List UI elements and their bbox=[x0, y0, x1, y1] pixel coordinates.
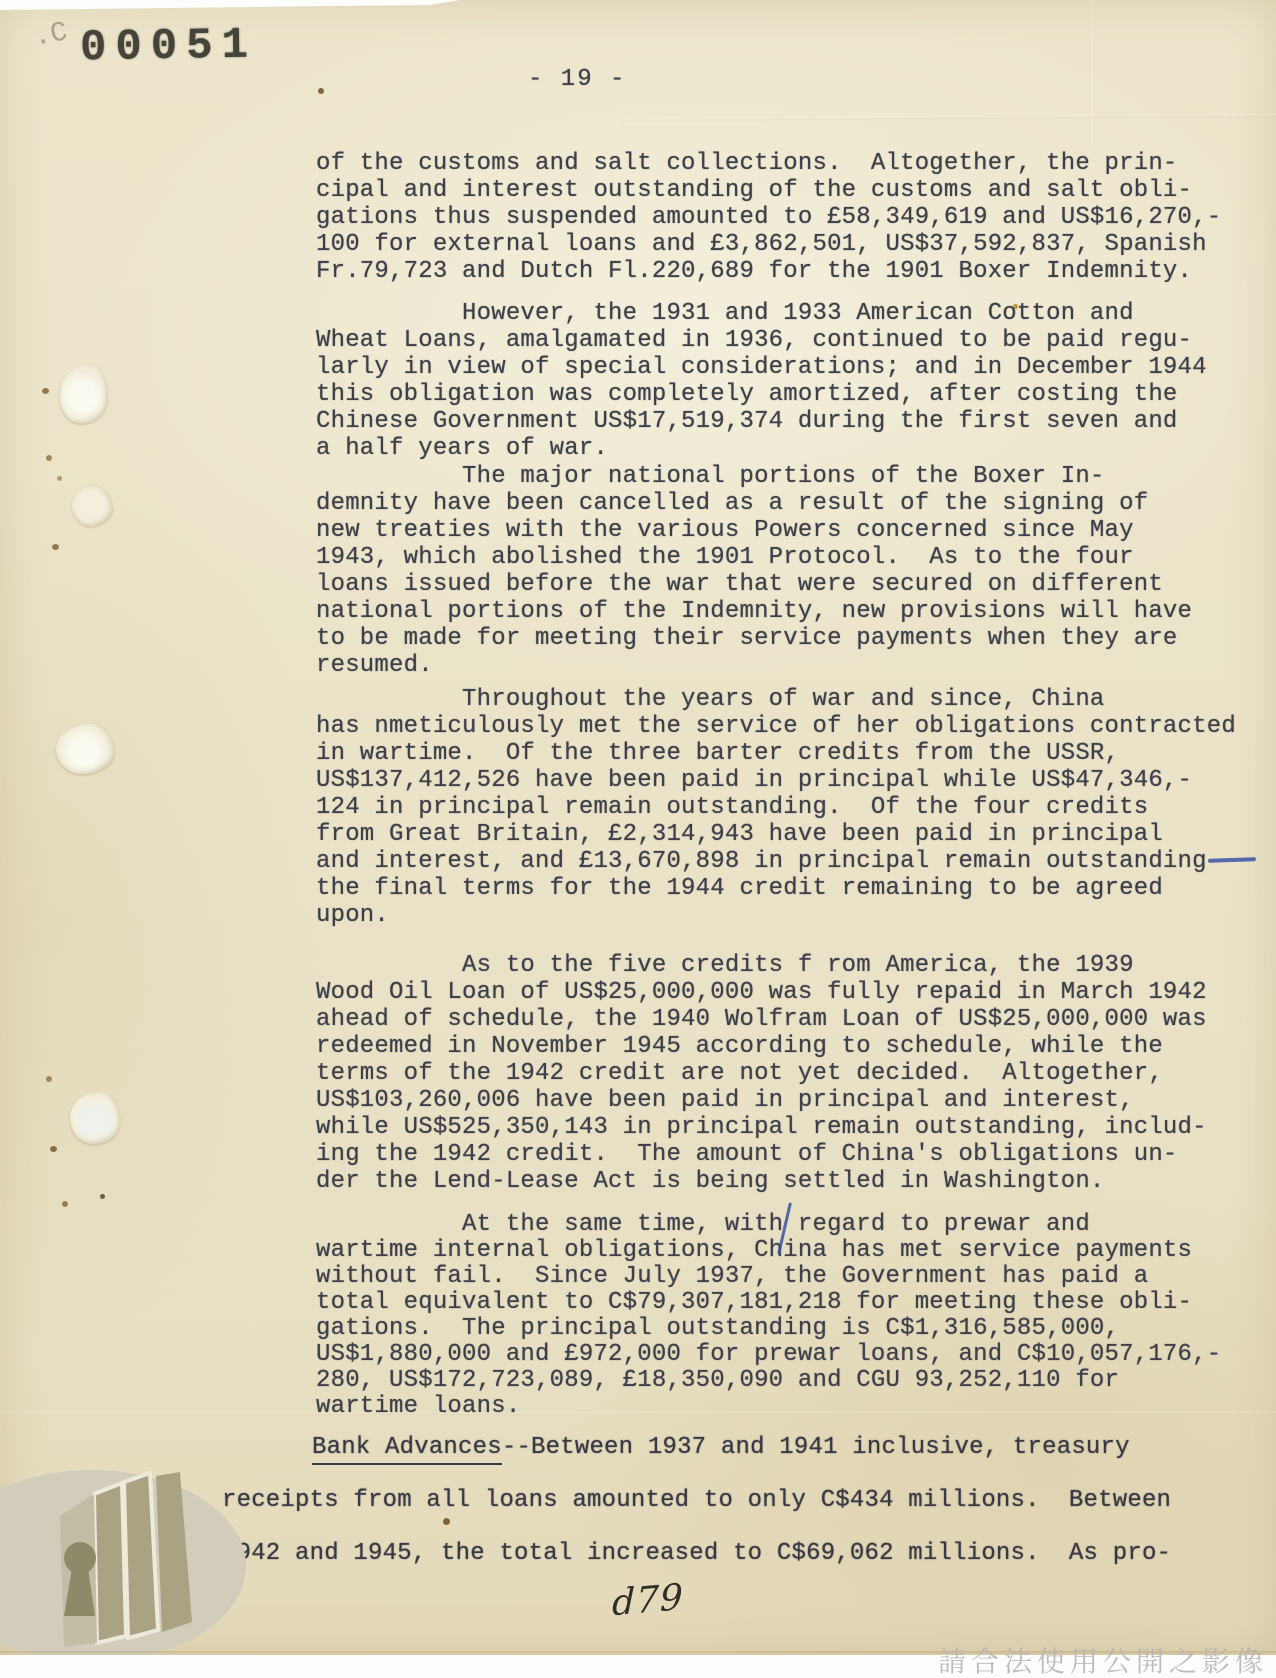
paper-speck bbox=[42, 388, 49, 394]
stamp-prefix-mark: .C bbox=[32, 17, 70, 53]
bank-advances-line3: 1942 and 1945, the total increased to C$… bbox=[222, 1540, 1171, 1567]
paper-speck bbox=[46, 455, 52, 461]
paper-speck bbox=[318, 88, 324, 94]
paper-tear bbox=[68, 482, 116, 530]
paper-speck bbox=[57, 476, 62, 481]
bank-advances-line1: Bank Advances--Between 1937 and 1941 inc… bbox=[312, 1434, 1130, 1461]
paper-background: .C 00051 - 19 - of the customs and salt … bbox=[0, 0, 1276, 1655]
scanned-document-page: .C 00051 - 19 - of the customs and salt … bbox=[0, 0, 1276, 1678]
paper-speck bbox=[100, 1194, 105, 1199]
paper-speck bbox=[443, 1518, 450, 1525]
paragraph-6: At the same time, with regard to prewar … bbox=[316, 1212, 1221, 1420]
paper-tear bbox=[56, 361, 112, 427]
paragraph-4: Throughout the years of war and since, C… bbox=[316, 686, 1236, 929]
paper-tear bbox=[54, 722, 116, 777]
paragraph-5: As to the five credits f rom America, th… bbox=[316, 952, 1207, 1195]
bank-advances-line1-rest: --Between 1937 and 1941 inclusive, treas… bbox=[502, 1434, 1130, 1461]
paper-speck bbox=[46, 1076, 52, 1082]
archive-books-logo bbox=[0, 1446, 250, 1655]
bank-advances-heading: Bank Advances bbox=[312, 1434, 502, 1465]
paragraph-2: However, the 1931 and 1933 American Cott… bbox=[316, 300, 1207, 462]
bank-advances-line2: receipts from all loans amounted to only… bbox=[222, 1487, 1171, 1514]
paper-crease bbox=[620, 114, 1276, 122]
paper-crease bbox=[1092, 0, 1095, 150]
archive-number-stamp: 00051 bbox=[80, 20, 258, 73]
paragraph-3: The major national portions of the Boxer… bbox=[316, 463, 1192, 679]
paper-speck bbox=[62, 1201, 68, 1207]
usage-watermark-text: 請合法使用公開之影像 bbox=[938, 1640, 1268, 1678]
paragraph-1: of the customs and salt collections. Alt… bbox=[316, 150, 1221, 285]
paper-speck bbox=[52, 544, 59, 550]
paper-top-edge bbox=[0, 0, 460, 11]
handwritten-page-mark: d79 bbox=[612, 1577, 684, 1624]
paper-speck bbox=[50, 1146, 57, 1152]
paper-tear bbox=[68, 1090, 122, 1145]
page-number: - 19 - bbox=[528, 66, 626, 93]
